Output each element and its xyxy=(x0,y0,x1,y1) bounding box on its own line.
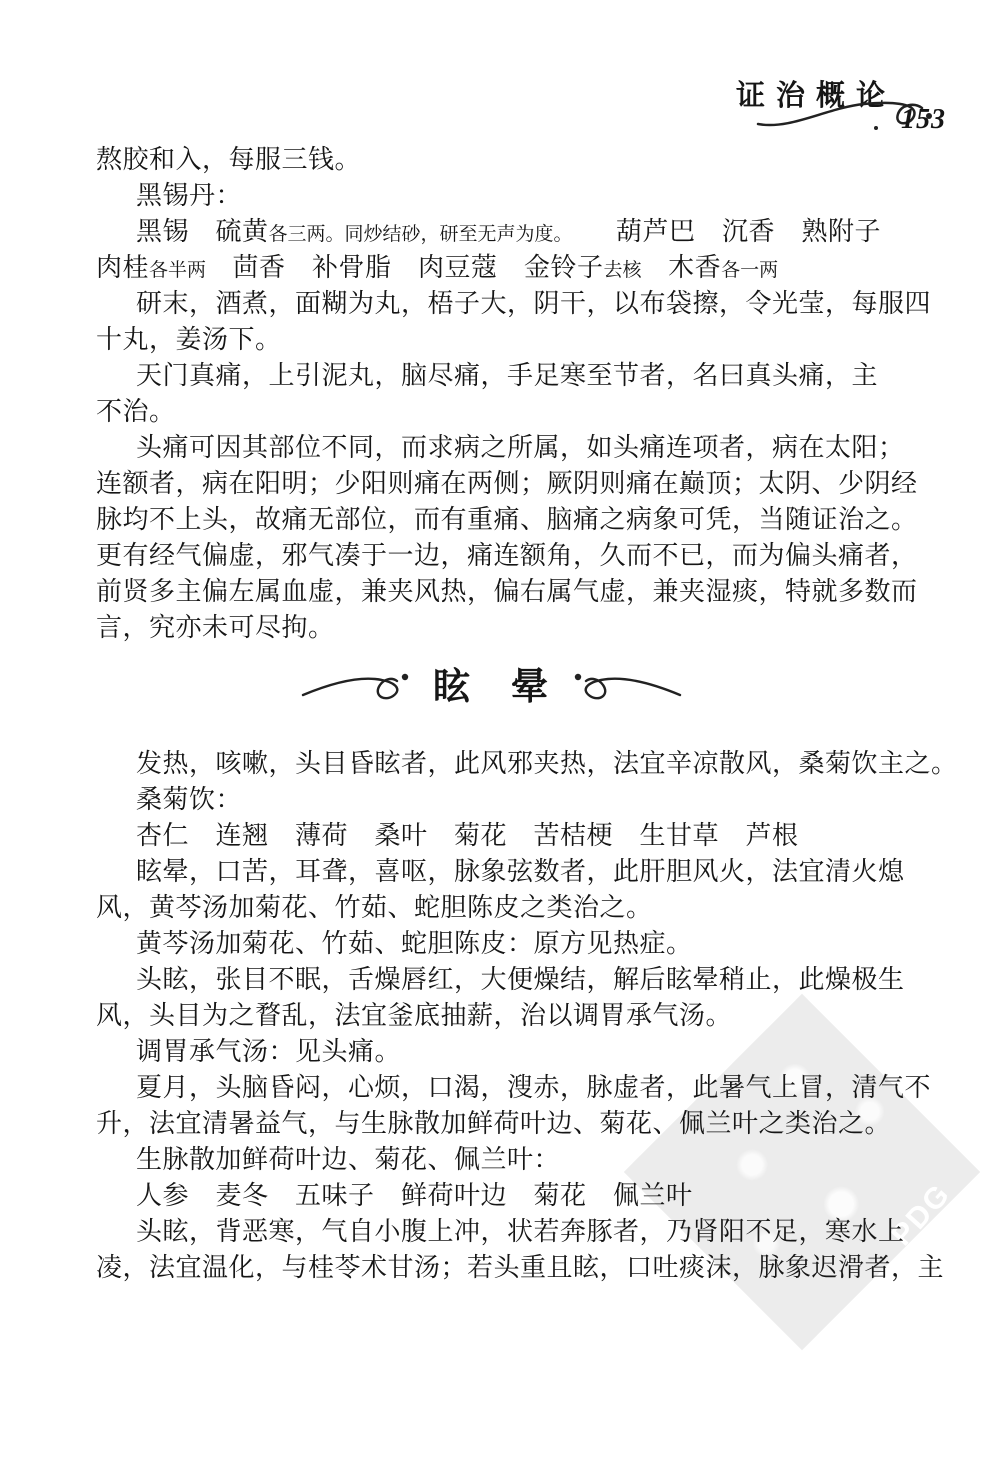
text-line: 生脉散加鲜荷叶边、菊花、佩兰叶： xyxy=(96,1142,926,1178)
flourish-left-icon xyxy=(301,665,413,711)
book-page: PDG 证治概论 153 熬胶和入，每服三钱。 黑锡丹： 黑锡 硫黄各三两。同炒… xyxy=(0,0,983,1470)
text-line: 更有经气偏虚，邪气凑于一边，痛连额角，久而不已，而为偏头痛者， xyxy=(96,538,926,574)
page-number: 153 xyxy=(901,104,946,136)
text-line: 凌，法宜温化，与桂苓术甘汤；若头重且眩，口吐痰沫，脉象迟滑者，主 xyxy=(96,1250,926,1286)
text-line: 眩晕，口苦，耳聋，喜呕，脉象弦数者，此肝胆风火，法宜清火熄 xyxy=(96,854,926,890)
text-line: 不治。 xyxy=(96,394,926,430)
text-line: 头眩，背恶寒，气自小腹上冲，状若奔豚者，乃肾阳不足，寒水上 xyxy=(96,1214,926,1250)
text-line: 脉均不上头，故痛无部位，而有重痛、脑痛之病象可凭，当随证治之。 xyxy=(96,502,926,538)
text-line: 黑锡丹： xyxy=(96,178,926,214)
text-line-recipe: 肉桂各半两 茴香 补骨脂 肉豆蔻 金铃子去核 木香各一两 xyxy=(96,250,926,286)
text-line: 言，究亦未可尽拘。 xyxy=(96,610,926,646)
text-line: 头眩，张目不眠，舌燥唇红，大便燥结，解后眩晕稍止，此燥极生 xyxy=(96,962,926,998)
text-line: 头痛可因其部位不同，而求病之所属，如头痛连项者，病在太阳； xyxy=(96,430,926,466)
section-heading: 眩 晕 xyxy=(0,662,983,714)
text-line: 桑菊饮： xyxy=(96,782,926,818)
text-line: 升，法宜清暑益气，与生脉散加鲜荷叶边、菊花、佩兰叶之类治之。 xyxy=(96,1106,926,1142)
flourish-right-icon xyxy=(570,665,682,711)
herb-names: 木香 xyxy=(642,253,722,282)
text-line: 连额者，病在阳明；少阳则痛在两侧；厥阴则痛在巅顶；太阴、少阴经 xyxy=(96,466,926,502)
text-line: 调胃承气汤：见头痛。 xyxy=(96,1034,926,1070)
herb-names: 肉桂 xyxy=(96,253,149,282)
section-title: 眩 晕 xyxy=(433,662,550,714)
text-line: 夏月，头脑昏闷，心烦，口渴，溲赤，脉虚者，此暑气上冒，清气不 xyxy=(96,1070,926,1106)
text-line: 十丸，姜汤下。 xyxy=(96,322,926,358)
text-line-recipe: 人参 麦冬 五味子 鲜荷叶边 菊花 佩兰叶 xyxy=(96,1178,926,1214)
herb-annotation: 各半两 xyxy=(149,260,206,281)
text-line: 天门真痛，上引泥丸，脑尽痛，手足寒至节者，名曰真头痛，主 xyxy=(96,358,926,394)
herb-names: 茴香 补骨脂 肉豆蔻 金铃子 xyxy=(206,253,604,282)
body-part2: 发热，咳嗽，头目昏眩者，此风邪夹热，法宜辛凉散风，桑菊饮主之。 桑菊饮： 杏仁 … xyxy=(96,746,926,1286)
herb-names: 黑锡 硫黄 xyxy=(136,217,269,246)
text-line: 发热，咳嗽，头目昏眩者，此风邪夹热，法宜辛凉散风，桑菊饮主之。 xyxy=(96,746,926,782)
herb-names: 葫芦巴 沉香 熟附子 xyxy=(563,217,881,246)
herb-annotation: 去核 xyxy=(604,260,642,281)
text-line-recipe: 杏仁 连翘 薄荷 桑叶 菊花 苦桔梗 生甘草 芦根 xyxy=(96,818,926,854)
herb-annotation: 各三两。同炒结砂，研至无声为度。 xyxy=(269,224,564,245)
text-line: 前贤多主偏左属血虚，兼夹风热，偏右属气虚，兼夹湿痰，特就多数而 xyxy=(96,574,926,610)
text-line: 黄芩汤加菊花、竹茹、蛇胆陈皮：原方见热症。 xyxy=(96,926,926,962)
text-line: 熬胶和入，每服三钱。 xyxy=(96,142,926,178)
swash-small-dot xyxy=(874,126,878,130)
text-line: 风，黄芩汤加菊花、竹茹、蛇胆陈皮之类治之。 xyxy=(96,890,926,926)
text-line-recipe: 黑锡 硫黄各三两。同炒结砂，研至无声为度。 葫芦巴 沉香 熟附子 xyxy=(96,214,926,250)
text-line: 研末，酒煮，面糊为丸，梧子大，阴干，以布袋擦，令光莹，每服四 xyxy=(96,286,926,322)
text-line: 风，头目为之瞀乱，法宜釜底抽薪，治以调胃承气汤。 xyxy=(96,998,926,1034)
herb-annotation: 各一两 xyxy=(721,260,778,281)
body-part1: 熬胶和入，每服三钱。 黑锡丹： 黑锡 硫黄各三两。同炒结砂，研至无声为度。 葫芦… xyxy=(96,142,926,646)
